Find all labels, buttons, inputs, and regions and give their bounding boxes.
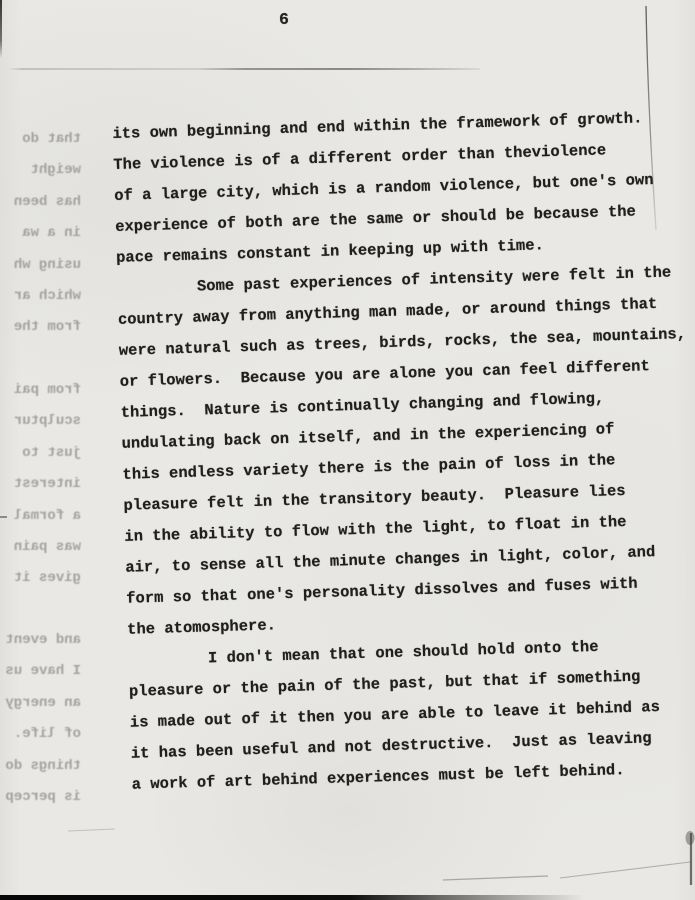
typewritten-body: its own beginning and end within the fra… xyxy=(112,101,695,800)
margin-bleedthrough-block-2: from pai sculptur just to interest a for… xyxy=(0,375,81,595)
bleed-line: was pain xyxy=(0,532,81,563)
margin-bleedthrough-block-3: and event I have us an energy of life. t… xyxy=(0,625,81,813)
bleed-line: of life. xyxy=(0,719,81,750)
bleed-line: has been xyxy=(0,187,81,218)
page-number: 6 xyxy=(279,10,289,29)
left-edge-scan-mark xyxy=(0,0,2,58)
bleed-line: a formal xyxy=(0,501,81,532)
bleed-line: that do xyxy=(0,124,81,155)
scanned-document-page: 6 that do weight has been in a wa using … xyxy=(0,0,695,900)
crease-line-artifact xyxy=(8,68,480,70)
paragraph-1: its own beginning and end within the fra… xyxy=(112,101,695,274)
bleed-line: is percep xyxy=(0,782,81,813)
bleed-line: from the xyxy=(0,312,81,343)
right-edge-smudge xyxy=(686,831,695,845)
scratch-bottom-2 xyxy=(560,862,690,878)
bleed-line: and event xyxy=(0,625,81,656)
paragraph-2: Some past experiences of intensity were … xyxy=(117,256,695,646)
bleed-line: gives it xyxy=(0,563,81,594)
bottom-edge-scan-bar xyxy=(0,895,585,900)
bleed-line: which ar xyxy=(0,281,81,312)
bleed-line: interest xyxy=(0,469,81,500)
bleed-line: sculptur xyxy=(0,406,81,437)
scratch-bottom-left xyxy=(68,829,115,831)
bleed-line: an energy xyxy=(0,688,81,719)
paragraph-3: I don't mean that one should hold onto t… xyxy=(128,628,695,801)
bleed-line: using wh xyxy=(0,250,81,281)
bleed-line: from pai xyxy=(0,375,81,406)
left-edge-dash-artifact xyxy=(0,516,7,518)
bleed-line: I have us xyxy=(0,656,81,687)
bleed-line: just to xyxy=(0,438,81,469)
bleed-line: weight xyxy=(0,155,81,186)
bleed-line: things do xyxy=(0,751,81,782)
margin-bleedthrough-block-1: that do weight has been in a wa using wh… xyxy=(0,124,81,344)
scratch-bottom-1 xyxy=(443,876,548,880)
bleed-line: in a wa xyxy=(0,218,81,249)
